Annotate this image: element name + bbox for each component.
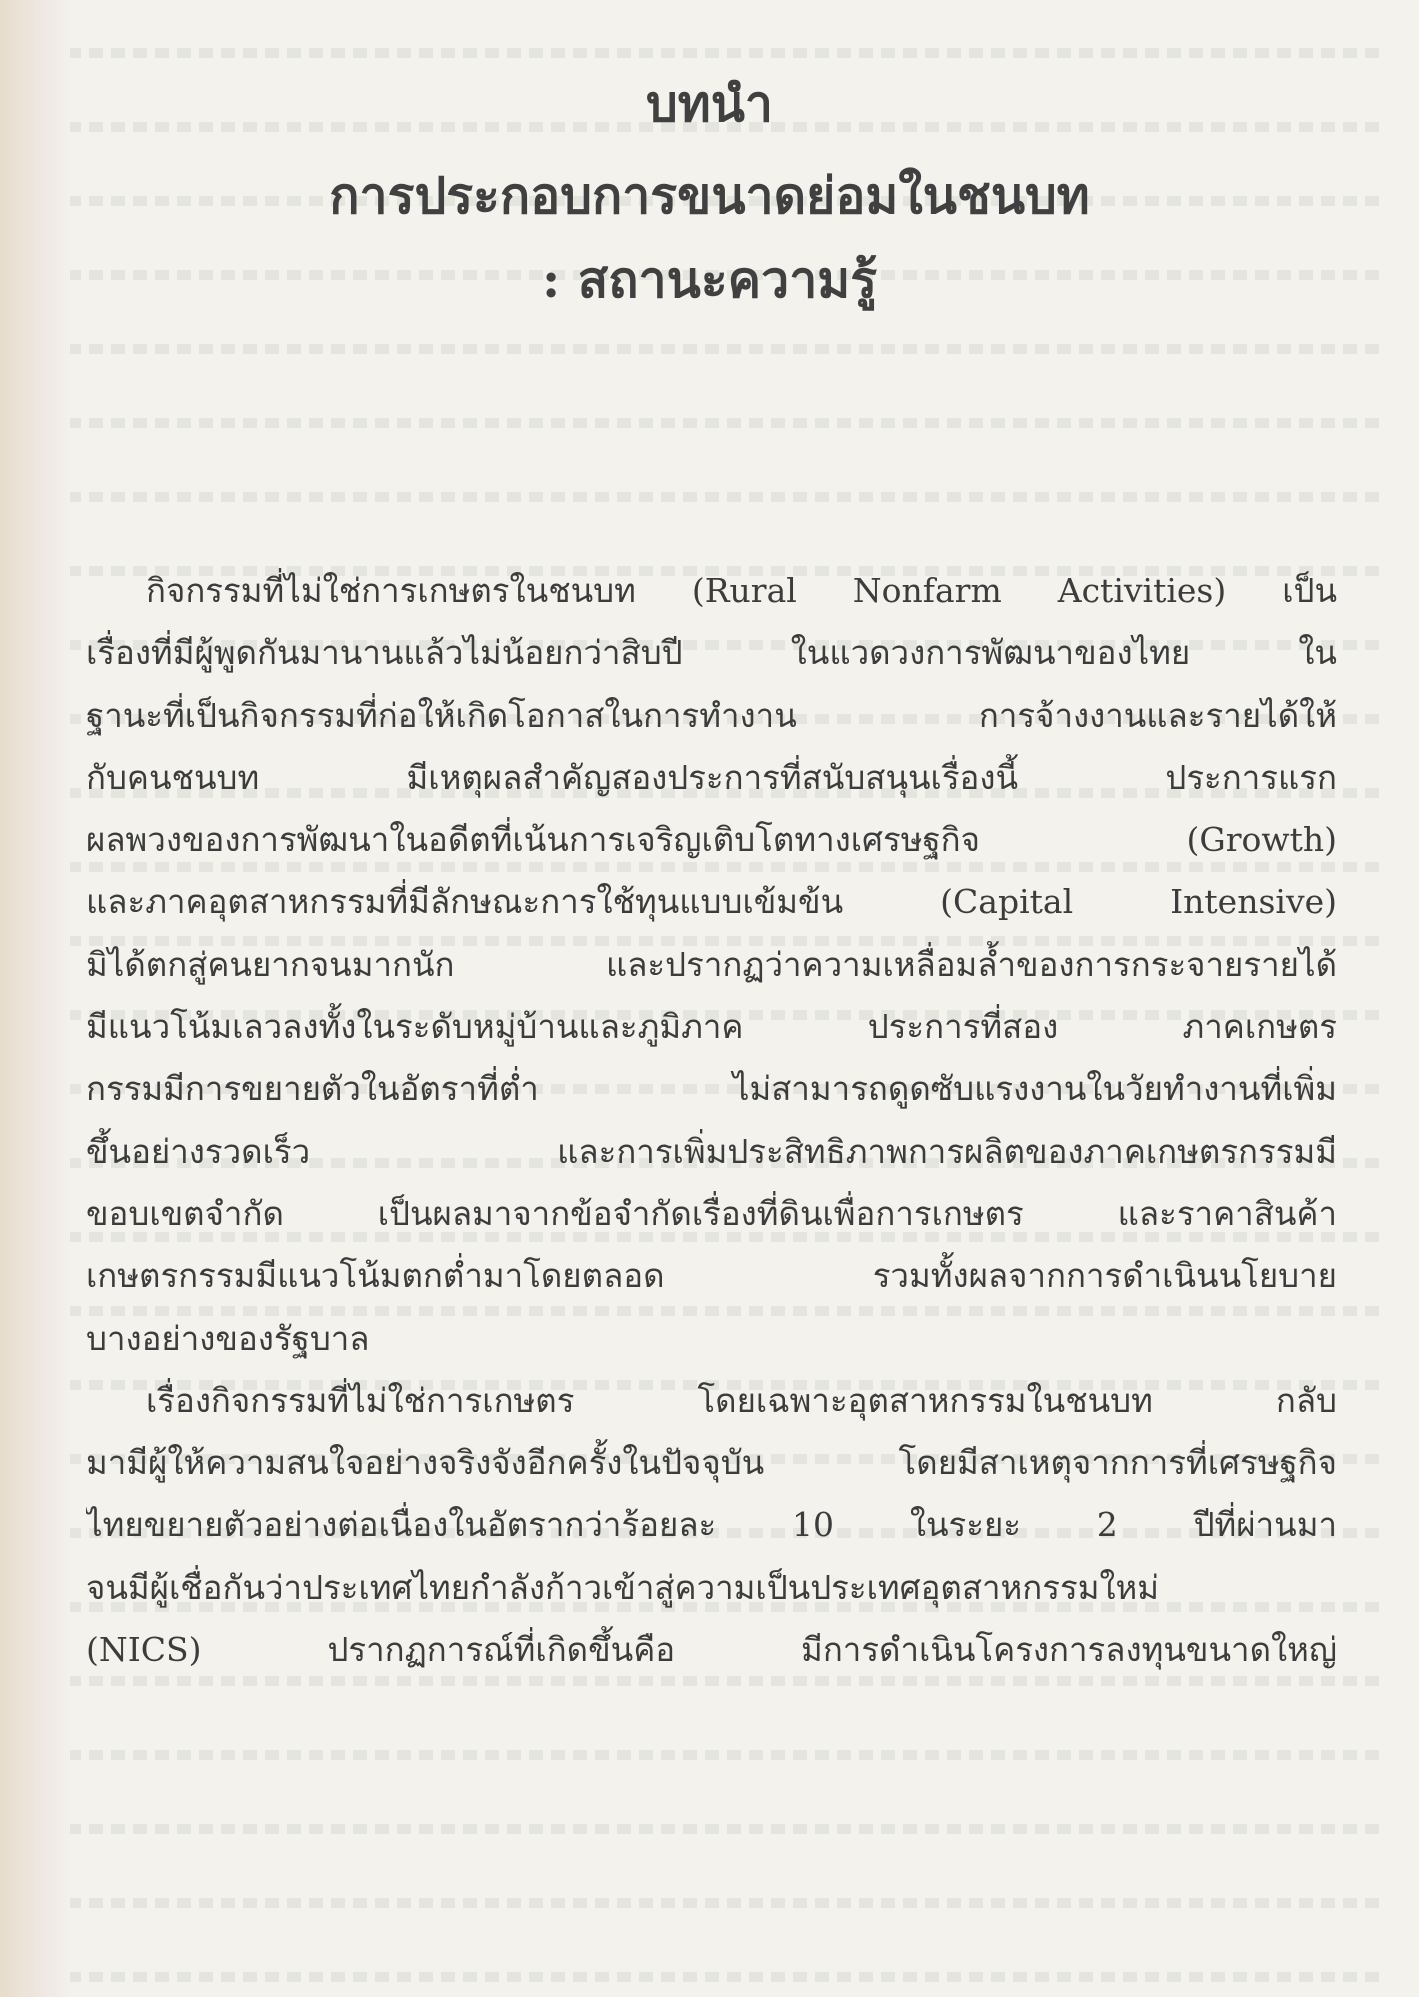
chapter-subtitle: : สถานะความรู้ — [0, 238, 1419, 322]
paragraph-1: กิจกรรมที่ไม่ใช่การเกษตรในชนบท (Rural No… — [86, 560, 1337, 1370]
text-line: เรื่องกิจกรรมที่ไม่ใช่การเกษตร โดยเฉพาะอ… — [86, 1370, 1337, 1432]
text-line: บางอย่างของรัฐบาล — [86, 1308, 1337, 1370]
chapter-header: บทนำ การประกอบการขนาดย่อมในชนบท : สถานะค… — [0, 68, 1419, 322]
paragraph-2: เรื่องกิจกรรมที่ไม่ใช่การเกษตร โดยเฉพาะอ… — [86, 1370, 1337, 1681]
text-line: เรื่องที่มีผู้พูดกันมานานแล้วไม่น้อยกว่า… — [86, 622, 1337, 684]
text-line: ขอบเขตจำกัด เป็นผลมาจากข้อจำกัดเรื่องที่… — [86, 1183, 1337, 1245]
chapter-title: การประกอบการขนาดย่อมในชนบท — [0, 154, 1419, 238]
text-line: มามีผู้ให้ความสนใจอย่างจริงจังอีกครั้งใน… — [86, 1432, 1337, 1494]
text-line: มิได้ตกสู่คนยากจนมากนัก และปรากฏว่าความเ… — [86, 934, 1337, 996]
chapter-label: บทนำ — [0, 68, 1419, 140]
text-line: กิจกรรมที่ไม่ใช่การเกษตรในชนบท (Rural No… — [86, 560, 1337, 622]
body-text: กิจกรรมที่ไม่ใช่การเกษตรในชนบท (Rural No… — [86, 560, 1337, 1681]
text-line: ผลพวงของการพัฒนาในอดีตที่เน้นการเจริญเติ… — [86, 809, 1337, 871]
text-line: ไทยขยายตัวอย่างต่อเนื่องในอัตรากว่าร้อยล… — [86, 1494, 1337, 1556]
scanned-page: บทนำ การประกอบการขนาดย่อมในชนบท : สถานะค… — [0, 0, 1419, 1997]
text-line: เกษตรกรรมมีแนวโน้มตกต่ำมาโดยตลอด รวมทั้ง… — [86, 1245, 1337, 1307]
text-line: ขึ้นอย่างรวดเร็ว และการเพิ่มประสิทธิภาพก… — [86, 1121, 1337, 1183]
text-line: กับคนชนบท มีเหตุผลสำคัญสองประการที่สนับส… — [86, 747, 1337, 809]
text-line: ฐานะที่เป็นกิจกรรมที่ก่อให้เกิดโอกาสในกา… — [86, 685, 1337, 747]
text-line: (NICS) ปรากฏการณ์ที่เกิดขึ้นคือ มีการดำเ… — [86, 1619, 1337, 1681]
text-line: มีแนวโน้มเลวลงทั้งในระดับหมู่บ้านและภูมิ… — [86, 996, 1337, 1058]
text-line: กรรมมีการขยายตัวในอัตราที่ต่ำ ไม่สามารถด… — [86, 1058, 1337, 1120]
text-line: และภาคอุตสาหกรรมที่มีลักษณะการใช้ทุนแบบเ… — [86, 871, 1337, 933]
text-line: จนมีผู้เชื่อกันว่าประเทศไทยกำลังก้าวเข้า… — [86, 1557, 1337, 1619]
